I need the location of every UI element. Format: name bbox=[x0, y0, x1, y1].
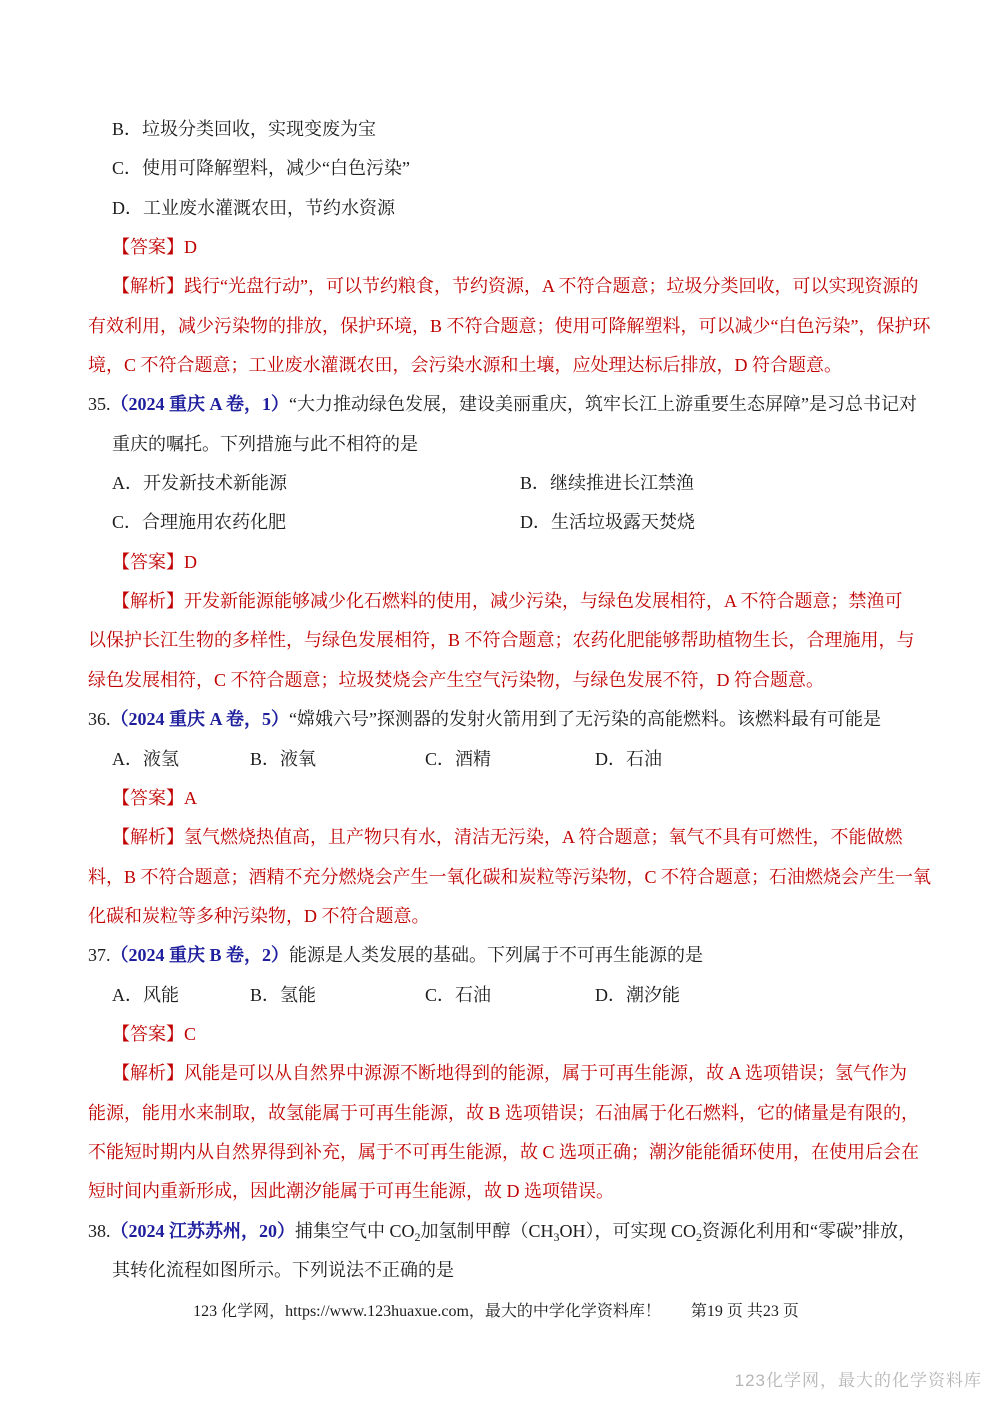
answer-line: 【答案】D bbox=[0, 228, 992, 267]
explanation-line: 不能短时期内从自然界得到补充，属于不可再生能源，故 C 选项正确；潮汐能能循环使… bbox=[0, 1133, 992, 1172]
option-item: B．氢能 bbox=[250, 976, 316, 1015]
text-segment: 化碳和炭粒等多种污染物，D 不符合题意。 bbox=[88, 906, 430, 926]
text-segment: D．工业废水灌溉农田，节约水资源 bbox=[112, 198, 395, 218]
text-segment: 以保护长江生物的多样性，与绿色发展相符，B 不符合题意；农药化肥能够帮助植物生长… bbox=[88, 630, 915, 650]
answer-line: 【答案】D bbox=[0, 543, 992, 582]
option-item: D．生活垃圾露天焚烧 bbox=[520, 503, 695, 542]
page-footer: 123 化学网，https://www.123huaxue.com，最大的中学化… bbox=[0, 1292, 992, 1331]
question-source: （2024 重庆 A 卷，1） bbox=[111, 394, 290, 414]
text-segment: 资源化利用和“零碳”排放， bbox=[702, 1221, 916, 1241]
option-item: A．液氢 bbox=[112, 740, 179, 779]
text-segment: 能源是人类发展的基础。下列属于不可再生能源的是 bbox=[289, 945, 703, 965]
watermark-text: 123化学网，最大的化学资料库 bbox=[735, 1366, 982, 1391]
question-header-line: 37.（2024 重庆 B 卷，2）能源是人类发展的基础。下列属于不可再生能源的… bbox=[0, 936, 992, 975]
document-body: B．垃圾分类回收，实现变废为宝C．使用可降解塑料，减少“白色污染”D．工业废水灌… bbox=[0, 0, 992, 1290]
text-segment: 加氢制甲醇（CH bbox=[421, 1221, 554, 1241]
text-segment: 能源，能用水来制取，故氢能属于可再生能源，故 B 选项错误；石油属于化石燃料，它… bbox=[88, 1103, 919, 1123]
document-page: B．垃圾分类回收，实现变废为宝C．使用可降解塑料，减少“白色污染”D．工业废水灌… bbox=[0, 0, 992, 1403]
text-segment: 其转化流程如图所示。下列说法不正确的是 bbox=[112, 1260, 454, 1280]
option-item: B．液氧 bbox=[250, 740, 316, 779]
text-segment: 38. bbox=[88, 1221, 111, 1241]
text-segment: 料，B 不符合题意；酒精不充分燃烧会产生一氧化碳和炭粒等污染物，C 不符合题意；… bbox=[88, 867, 931, 887]
options-row: A．开发新技术新能源B．继续推进长江禁渔 bbox=[0, 464, 992, 503]
explanation-line: 料，B 不符合题意；酒精不充分燃烧会产生一氧化碳和炭粒等污染物，C 不符合题意；… bbox=[0, 858, 992, 897]
text-segment: 35. bbox=[88, 394, 111, 414]
explanation-line: 以保护长江生物的多样性，与绿色发展相符，B 不符合题意；农药化肥能够帮助植物生长… bbox=[0, 621, 992, 660]
text-segment: 【答案】D bbox=[112, 552, 197, 572]
explanation-line: 有效利用，减少污染物的排放，保护环境，B 不符合题意；使用可降解塑料，可以减少“… bbox=[0, 307, 992, 346]
explanation-line: 【解析】风能是可以从自然界中源源不断地得到的能源，属于可再生能源，故 A 选项错… bbox=[0, 1054, 992, 1093]
option-item: C．合理施用农药化肥 bbox=[112, 503, 286, 542]
question-header-line: 36.（2024 重庆 A 卷，5）“嫦娥六号”探测器的发射火箭用到了无污染的高… bbox=[0, 700, 992, 739]
text-segment: OH），可实现 CO bbox=[560, 1221, 697, 1241]
text-segment: 捕集空气中 CO bbox=[295, 1221, 415, 1241]
options-row: A．液氢B．液氧C．酒精D．石油 bbox=[0, 740, 992, 779]
text-segment: 绿色发展相符，C 不符合题意；垃圾焚烧会产生空气污染物，与绿色发展不符，D 符合… bbox=[88, 670, 824, 690]
question-text-line: 其转化流程如图所示。下列说法不正确的是 bbox=[0, 1251, 992, 1290]
answer-line: 【答案】A bbox=[0, 779, 992, 818]
question-source: （2024 重庆 B 卷，2） bbox=[111, 945, 290, 965]
answer-line: 【答案】C bbox=[0, 1015, 992, 1054]
text-segment: 重庆的嘱托。下列措施与此不相符的是 bbox=[112, 434, 418, 454]
options-row: A．风能B．氢能C．石油D．潮汐能 bbox=[0, 976, 992, 1015]
option-item: C．酒精 bbox=[425, 740, 491, 779]
option-item: D．石油 bbox=[595, 740, 662, 779]
text-segment: 【解析】践行“光盘行动”，可以节约粮食，节约资源，A 不符合题意；垃圾分类回收，… bbox=[112, 276, 918, 296]
explanation-line: 绿色发展相符，C 不符合题意；垃圾焚烧会产生空气污染物，与绿色发展不符，D 符合… bbox=[0, 661, 992, 700]
text-segment: 不能短时期内从自然界得到补充，属于不可再生能源，故 C 选项正确；潮汐能能循环使… bbox=[88, 1142, 919, 1162]
text-segment: 36. bbox=[88, 709, 111, 729]
text-segment: B．垃圾分类回收，实现变废为宝 bbox=[112, 119, 376, 139]
explanation-line: 【解析】践行“光盘行动”，可以节约粮食，节约资源，A 不符合题意；垃圾分类回收，… bbox=[0, 267, 992, 306]
text-segment: 境，C 不符合题意；工业废水灌溉农田，会污染水源和土壤，应处理达标后排放，D 符… bbox=[88, 355, 842, 375]
option-item: B．继续推进长江禁渔 bbox=[520, 464, 694, 503]
option-line: B．垃圾分类回收，实现变废为宝 bbox=[0, 110, 992, 149]
footer-site-info: 123 化学网，https://www.123huaxue.com，最大的中学化… bbox=[193, 1303, 661, 1320]
text-segment: 【解析】风能是可以从自然界中源源不断地得到的能源，属于可再生能源，故 A 选项错… bbox=[112, 1063, 907, 1083]
text-segment: 【解析】氢气燃烧热值高，且产物只有水，清洁无污染，A 符合题意；氧气不具有可燃性… bbox=[112, 827, 903, 847]
question-header-line: 38.（2024 江苏苏州，20）捕集空气中 CO2加氢制甲醇（CH3OH），可… bbox=[0, 1212, 992, 1251]
explanation-line: 化碳和炭粒等多种污染物，D 不符合题意。 bbox=[0, 897, 992, 936]
options-row: C．合理施用农药化肥D．生活垃圾露天焚烧 bbox=[0, 503, 992, 542]
explanation-line: 【解析】氢气燃烧热值高，且产物只有水，清洁无污染，A 符合题意；氧气不具有可燃性… bbox=[0, 818, 992, 857]
option-item: A．风能 bbox=[112, 976, 179, 1015]
question-source: （2024 重庆 A 卷，5） bbox=[111, 709, 290, 729]
text-segment: 【答案】A bbox=[112, 788, 197, 808]
text-segment: 【答案】D bbox=[112, 237, 197, 257]
text-segment: 37. bbox=[88, 945, 111, 965]
question-text-line: 重庆的嘱托。下列措施与此不相符的是 bbox=[0, 425, 992, 464]
option-line: C．使用可降解塑料，减少“白色污染” bbox=[0, 149, 992, 188]
option-item: A．开发新技术新能源 bbox=[112, 464, 287, 503]
text-segment: 短时间内重新形成，因此潮汐能属于可再生能源，故 D 选项错误。 bbox=[88, 1181, 614, 1201]
footer-page-number: 第19 页 共23 页 bbox=[691, 1303, 799, 1320]
question-header-line: 35.（2024 重庆 A 卷，1）“大力推动绿色发展，建设美丽重庆，筑牢长江上… bbox=[0, 385, 992, 424]
text-segment: 【答案】C bbox=[112, 1024, 196, 1044]
text-segment: C．使用可降解塑料，减少“白色污染” bbox=[112, 158, 410, 178]
text-segment: “嫦娥六号”探测器的发射火箭用到了无污染的高能燃料。该燃料最有可能是 bbox=[289, 709, 881, 729]
option-item: C．石油 bbox=[425, 976, 491, 1015]
explanation-line: 境，C 不符合题意；工业废水灌溉农田，会污染水源和土壤，应处理达标后排放，D 符… bbox=[0, 346, 992, 385]
explanation-line: 【解析】开发新能源能够减少化石燃料的使用，减少污染，与绿色发展相符，A 不符合题… bbox=[0, 582, 992, 621]
explanation-line: 能源，能用水来制取，故氢能属于可再生能源，故 B 选项错误；石油属于化石燃料，它… bbox=[0, 1094, 992, 1133]
explanation-line: 短时间内重新形成，因此潮汐能属于可再生能源，故 D 选项错误。 bbox=[0, 1172, 992, 1211]
question-source: （2024 江苏苏州，20） bbox=[111, 1221, 296, 1241]
text-segment: “大力推动绿色发展，建设美丽重庆，筑牢长江上游重要生态屏障”是习总书记对 bbox=[289, 394, 917, 414]
text-segment: 【解析】开发新能源能够减少化石燃料的使用，减少污染，与绿色发展相符，A 不符合题… bbox=[112, 591, 903, 611]
text-segment: 有效利用，减少污染物的排放，保护环境，B 不符合题意；使用可降解塑料，可以减少“… bbox=[88, 316, 930, 336]
option-line: D．工业废水灌溉农田，节约水资源 bbox=[0, 189, 992, 228]
option-item: D．潮汐能 bbox=[595, 976, 680, 1015]
